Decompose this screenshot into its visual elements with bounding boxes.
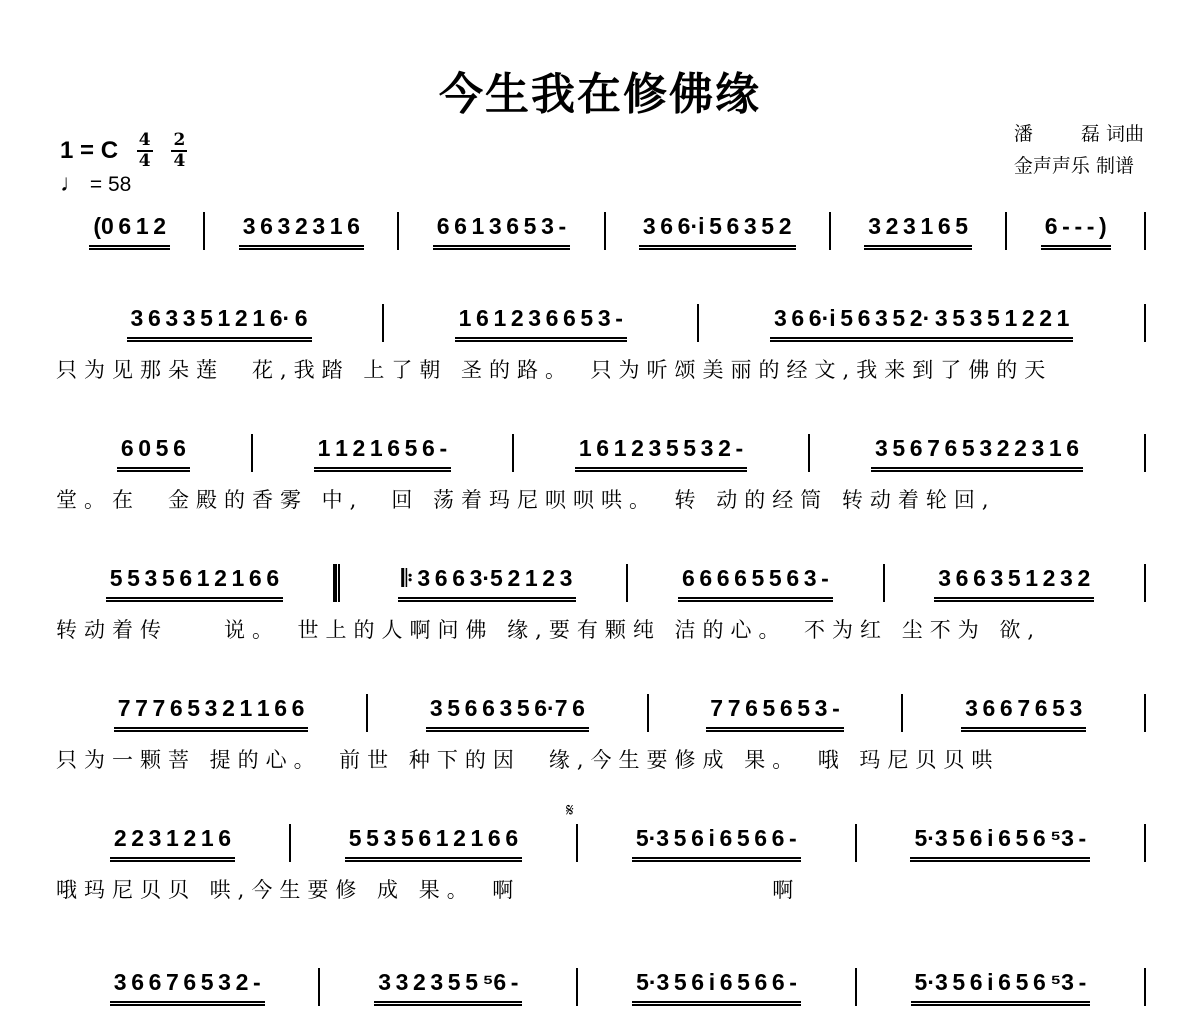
beam-group: 1 1 2 1 6 5 6 - [314,435,451,472]
note-token: 6 6 6 6 5 5 6 3 - [678,565,833,591]
beam-group: 7 7 7 6 5 3 2 1 1 6 6 [114,695,309,732]
notes-line: 5 5 3 5 6 1 2 1 6 6𝄆 3 6 6 3·5 2 1 2 36 … [56,562,1146,602]
beam-group: 5·3 5 6 i 6 5 6 ⁵3 - [910,825,1090,862]
beam-group: 3 6 6 7 6 5 3 2 - [110,969,265,1006]
segno-icon: 𝄋 [566,800,574,821]
time-signature-2-4: 2 4 [171,132,187,170]
measure: 2 2 3 1 2 1 6 [56,824,291,862]
measure: 6 6 6 6 5 5 6 3 - [628,564,884,602]
note-token: 3 6 6 7 6 5 3 2 - [110,969,265,995]
measure: 5·3 5 6 i 6 5 6 6 - [578,824,857,862]
measure: 3 5 6 7 6 5 3 2 2 3 1 6 [810,434,1146,472]
note-token: (0 6 1 2 [89,213,170,239]
note-token: 6 6 1 3 6 5 3 - [433,213,570,239]
measure: 3 6 6·i 5 6 3 5 2· 3 5 3 5 1 2 2 1 [699,304,1146,342]
note-token: 2 2 3 1 2 1 6 [110,825,235,851]
note-token: 3 3 2 3 5 5 ⁵6 - [374,969,522,995]
score-row: 2 2 3 1 2 1 65 5 3 5 6 1 2 1 6 65·3 5 6 … [56,822,1146,904]
note-token: 5·3 5 6 i 6 5 6 ⁵3 - [911,969,1091,995]
note-token: 1 1 2 1 6 5 6 - [314,435,451,461]
note-token: 5·3 5 6 i 6 5 6 6 - [632,969,801,995]
score-row: 3 6 6 7 6 5 3 2 -3 3 2 3 5 5 ⁵6 -5·3 5 6… [56,966,1146,1006]
beam-group: 5·3 5 6 i 6 5 6 6 - [632,825,801,862]
note-token: 5 5 3 5 6 1 2 1 6 6 [345,825,522,851]
measure: 7 7 7 6 5 3 2 1 1 6 6 [56,694,368,732]
lyrics-line: 哦玛尼贝贝 哄,今生要修 成 果。 啊 啊 [56,874,1146,904]
beam-group: 6 6 6 6 5 5 6 3 - [678,565,833,602]
beam-group: 3 5 6 6 3 5 6·7 6 [426,695,589,732]
notes-line: (0 6 1 23 6 3 2 3 1 66 6 1 3 6 5 3 -3 6 … [56,210,1146,250]
note-token: 1 6 1 2 3 6 6 5 3 - [455,305,627,331]
notes-line: 7 7 7 6 5 3 2 1 1 6 63 5 6 6 3 5 6·7 67 … [56,692,1146,732]
lyricist-composer-line: 潘磊 词曲 [1014,118,1144,150]
beam-group: 6 6 1 3 6 5 3 - [433,213,570,250]
beam-group: 3 6 6·i 5 6 3 5 2· 3 5 3 5 1 2 2 1 [770,305,1073,342]
note-token: 𝄆 3 6 6 3·5 2 1 2 3 [398,565,577,591]
measure: 3 6 3 3 5 1 2 1 6· 6 [56,304,384,342]
beam-group: 3 6 6 7 6 5 3 [961,695,1086,732]
key-signature: 1 = C [60,139,118,163]
score-row: 6 0 5 61 1 2 1 6 5 6 -1 6 1 2 3 5 5 3 2 … [56,432,1146,514]
measure: 𝄆 3 6 6 3·5 2 1 2 3 [335,564,628,602]
lyrics-line: 堂。在 金殿的香雾 中, 回 荡着玛尼呗呗哄。 转 动的经筒 转动着轮回, [56,484,1146,514]
note-token: 5·3 5 6 i 6 5 6 6 - [632,825,801,851]
measure: 6 - - - ) [1007,212,1146,250]
note-token: 7 7 6 5 6 5 3 - [706,695,843,721]
note-token: 1 6 1 2 3 5 5 3 2 - [575,435,747,461]
song-title: 今生我在修佛缘 [0,58,1200,122]
beam-group: 3 2 3 1 6 5 [864,213,972,250]
note-token: 3 6 6 7 6 5 3 [961,695,1086,721]
note-token: 7 7 7 6 5 3 2 1 1 6 6 [114,695,309,721]
note-token: 3 6 6·i 5 6 3 5 2 [639,213,796,239]
beam-group: 3 6 6 3 5 1 2 3 2 [934,565,1094,602]
beam-group: 3 6 6·i 5 6 3 5 2 [639,213,796,250]
measure: 5·3 5 6 i 6 5 6 ⁵3 - [857,824,1146,862]
beam-group: 1 6 1 2 3 6 6 5 3 - [455,305,627,342]
beam-group: 3 6 3 2 3 1 6 [239,213,364,250]
measure: 3 5 6 6 3 5 6·7 6 [368,694,648,732]
tempo-value: = 58 [90,173,131,196]
note-token: 3 6 6 3 5 1 2 3 2 [934,565,1094,591]
measure: 3 3 2 3 5 5 ⁵6 - [320,968,578,1006]
note-token: 3 6 6·i 5 6 3 5 2· 3 5 3 5 1 2 2 1 [770,305,1073,331]
note-token: 3 5 6 6 3 5 6·7 6 [426,695,589,721]
measure: 3 6 6 7 6 5 3 2 - [56,968,320,1006]
measure: 3 6 6 3 5 1 2 3 2 [885,564,1146,602]
beam-group: 1 6 1 2 3 5 5 3 2 - [575,435,747,472]
measure: 5 5 3 5 6 1 2 1 6 6 [291,824,578,862]
beam-group: 5 5 3 5 6 1 2 1 6 6 [106,565,283,602]
lyrics-line: 只为一颗菩 提的心。 前世 种下的因 缘,今生要修成 果。 哦 玛尼贝贝哄 [56,744,1146,774]
beam-group: 5 5 3 5 6 1 2 1 6 6 [345,825,522,862]
lyrics-line: 转动着传 说。 世上的人啊问佛 缘,要有颗纯 洁的心。 不为红 尘不为 欲, [56,614,1146,644]
beam-group: 6 0 5 6 [117,435,190,472]
measure: 1 6 1 2 3 5 5 3 2 - [514,434,810,472]
measure: 7 7 6 5 6 5 3 - [649,694,904,732]
note-token: 3 5 6 7 6 5 3 2 2 3 1 6 [871,435,1083,461]
credits: 潘磊 词曲 金声声乐 制谱 [1014,118,1144,182]
beam-group: 2 2 3 1 2 1 6 [110,825,235,862]
score-row: 3 6 3 3 5 1 2 1 6· 61 6 1 2 3 6 6 5 3 -3… [56,302,1146,384]
beam-group: 6 - - - ) [1041,213,1111,250]
measure: 3 6 6·i 5 6 3 5 2 [606,212,831,250]
notes-line: 3 6 6 7 6 5 3 2 -3 3 2 3 5 5 ⁵6 -5·3 5 6… [56,966,1146,1006]
notes-line: 6 0 5 61 1 2 1 6 5 6 -1 6 1 2 3 5 5 3 2 … [56,432,1146,472]
tempo-marking: ♩ = 58 [60,170,131,198]
beam-group: 3 5 6 7 6 5 3 2 2 3 1 6 [871,435,1083,472]
beam-group: 3 6 3 3 5 1 2 1 6· 6 [127,305,312,342]
measure: 5·3 5 6 i 6 5 6 ⁵3 - [857,968,1146,1006]
quarter-note-icon: ♩ [60,170,84,197]
note-token: 5 5 3 5 6 1 2 1 6 6 [106,565,283,591]
measure: 3 6 3 2 3 1 6 [205,212,399,250]
measure: 1 6 1 2 3 6 6 5 3 - [384,304,699,342]
measure: 6 0 5 6 [56,434,253,472]
arranger-line: 金声声乐 制谱 [1014,150,1144,182]
score-row: 7 7 7 6 5 3 2 1 1 6 63 5 6 6 3 5 6·7 67 … [56,692,1146,774]
score-row: 5 5 3 5 6 1 2 1 6 6𝄆 3 6 6 3·5 2 1 2 36 … [56,562,1146,644]
measure: 6 6 1 3 6 5 3 - [399,212,605,250]
note-token: 6 - - - ) [1041,213,1111,239]
lyrics-line: 只为见那朵莲 花,我踏 上了朝 圣的路。 只为听颂美丽的经文,我来到了佛的天 [56,354,1146,384]
beam-group: 7 7 6 5 6 5 3 - [706,695,843,732]
measure: 3 6 6 7 6 5 3 [903,694,1146,732]
note-token: 5·3 5 6 i 6 5 6 ⁵3 - [910,825,1090,851]
score-row: (0 6 1 23 6 3 2 3 1 66 6 1 3 6 5 3 -3 6 … [56,210,1146,250]
key-and-time-signature: 1 = C 4 4 2 4 [60,132,187,170]
measure: 5·3 5 6 i 6 5 6 6 - [578,968,856,1006]
measure: (0 6 1 2 [56,212,205,250]
notes-line: 3 6 3 3 5 1 2 1 6· 61 6 1 2 3 6 6 5 3 -3… [56,302,1146,342]
notes-line: 2 2 3 1 2 1 65 5 3 5 6 1 2 1 6 65·3 5 6 … [56,822,1146,862]
measure: 5 5 3 5 6 1 2 1 6 6 [56,564,335,602]
measure: 1 1 2 1 6 5 6 - [253,434,514,472]
beam-group: (0 6 1 2 [89,213,170,250]
measure: 3 2 3 1 6 5 [831,212,1008,250]
note-token: 3 2 3 1 6 5 [864,213,972,239]
time-signature-4-4: 4 4 [137,132,153,170]
beam-group: 𝄆 3 6 6 3·5 2 1 2 3 [398,565,577,602]
note-token: 6 0 5 6 [117,435,190,461]
note-token: 3 6 3 2 3 1 6 [239,213,364,239]
beam-group: 5·3 5 6 i 6 5 6 6 - [632,969,801,1006]
note-token: 3 6 3 3 5 1 2 1 6· 6 [127,305,312,331]
beam-group: 5·3 5 6 i 6 5 6 ⁵3 - [911,969,1091,1006]
beam-group: 3 3 2 3 5 5 ⁵6 - [374,969,522,1006]
